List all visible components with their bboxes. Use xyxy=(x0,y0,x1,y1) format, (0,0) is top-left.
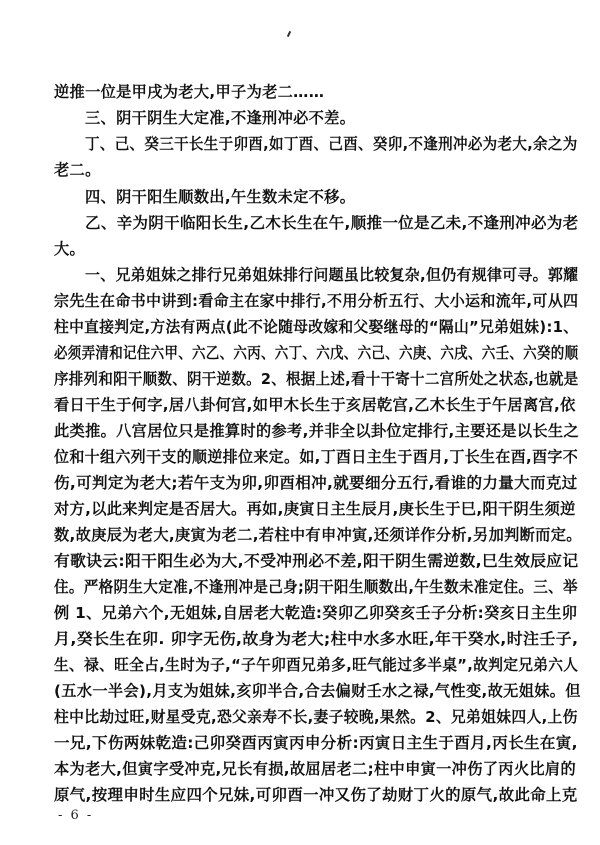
text-line: 大。 xyxy=(54,238,85,260)
text-line: 住。严格阴生大定准,不逢刑冲是己身;阴干阳生顺数出,午生数未准定住。三、举 xyxy=(54,576,578,598)
text-line: 生、禄、旺全占,生时为子,“子午卯酉兄弟多,旺气能过多半桌”,故判定兄弟六人 xyxy=(54,654,578,676)
text-line: 例 1、兄弟六个,无姐妹,自居老大乾造:癸卯乙卯癸亥壬子分析:癸亥日主生卯 xyxy=(54,602,577,624)
text-line: 原气,按理申时生应四个兄妹,可卯酉一冲又伤了劫财丁火的原气,故此命上克 xyxy=(54,784,578,806)
text-line: 有歌诀云:阳干阳生必为大,不受冲刑必不差,阳干阴生需逆数,巳生效辰应记 xyxy=(54,550,578,572)
text-line: 逆推一位是甲戌为老大,甲子为老二…… xyxy=(54,81,324,103)
text-line: (五水一半会),月支为姐妹,亥卯半合,合去偏财壬水之禄,气性变,故无姐妹。但 xyxy=(54,680,581,702)
text-line: 四、阴干阳生顺数出,午生数未定不移。 xyxy=(85,186,355,208)
text-line: 乙、辛为阴干临阳长生,乙木长生在午,顺推一位是乙未,不逢刑冲必为老 xyxy=(85,212,578,234)
page-number: - 6 - xyxy=(58,808,93,824)
text-line: 对方,以此来判定是否居大。再如,庚寅日主生辰月,庚长生于巳,阳干阴生须逆 xyxy=(54,498,576,520)
text-line: 伤,可判定为老大;若午支为卯,卯酉相冲,就要细分五行,看谁的力量大而克过 xyxy=(54,472,578,494)
document-page: 逆推一位是甲戌为老大,甲子为老二……三、阴干阴生大定准,不逢刑冲必不差。丁、己、… xyxy=(0,0,600,845)
text-line: 月,癸长生在卯. 卯字无伤,故身为老大;柱中水多水旺,年干癸水,时注壬子, xyxy=(54,628,578,650)
text-line: 看日干生于何字,居八卦何宫,如甲木长生于亥居乾宫,乙木长生于午居离宫,依 xyxy=(54,394,576,416)
text-line: 必须弄清和记住六甲、六乙、六丙、六丁、六戊、六己、六庚、六戌、六壬、六癸的顺 xyxy=(54,342,578,364)
text-line: 柱中直接判定,方法有两点(此不论随母改嫁和父娶继母的“隔山”兄弟姐妹):1、 xyxy=(54,316,578,338)
text-line: 位和十组六列干支的顺逆排位来定。如,丁酉日主生于酉月,丁长生在酉,酉字不 xyxy=(54,446,578,468)
scan-speck xyxy=(287,31,291,37)
text-line: 此类推。八宫居位只是推算时的参考,并非全以卦位定排行,主要还是以长生之 xyxy=(54,420,579,442)
text-line: 一兄,下伤两妹乾造:己卯癸酉丙寅丙申分析:丙寅日主生于酉月,丙长生在寅, xyxy=(54,732,578,754)
text-line: 一、兄弟姐妹之排行兄弟姐妹排行问题虽比较复杂,但仍有规律可寻。郭耀 xyxy=(85,264,578,286)
text-line: 数,故庚辰为老大,庚寅为老二,若柱中有申冲寅,还须详作分析,另加判断而定。 xyxy=(54,524,582,546)
text-line: 三、阴干阴生大定准,不逢刑冲必不差。 xyxy=(85,107,355,129)
text-line: 序排列和阳干顺数、阴干逆数。2、根据上述,看十干寄十二宫所处之状态,也就是 xyxy=(54,368,578,390)
text-line: 柱中比劫过旺,财星受克,恐父亲寿不长,妻子较晚,果然。2、兄弟姐妹四人,上伤 xyxy=(54,706,578,728)
text-line: 老二。 xyxy=(54,159,101,181)
text-line: 本为老大,但寅字受冲克,兄长有损,故屈居老二;柱中申寅一冲伤了丙火比肩的 xyxy=(54,758,576,780)
text-line: 丁、己、癸三干长生于卯酉,如丁酉、己酉、癸卯,不逢刑冲必为老大,余之为 xyxy=(85,133,578,155)
text-line: 宗先生在命书中讲到:看命主在家中排行,不用分析五行、大小运和流年,可从四 xyxy=(54,290,578,312)
